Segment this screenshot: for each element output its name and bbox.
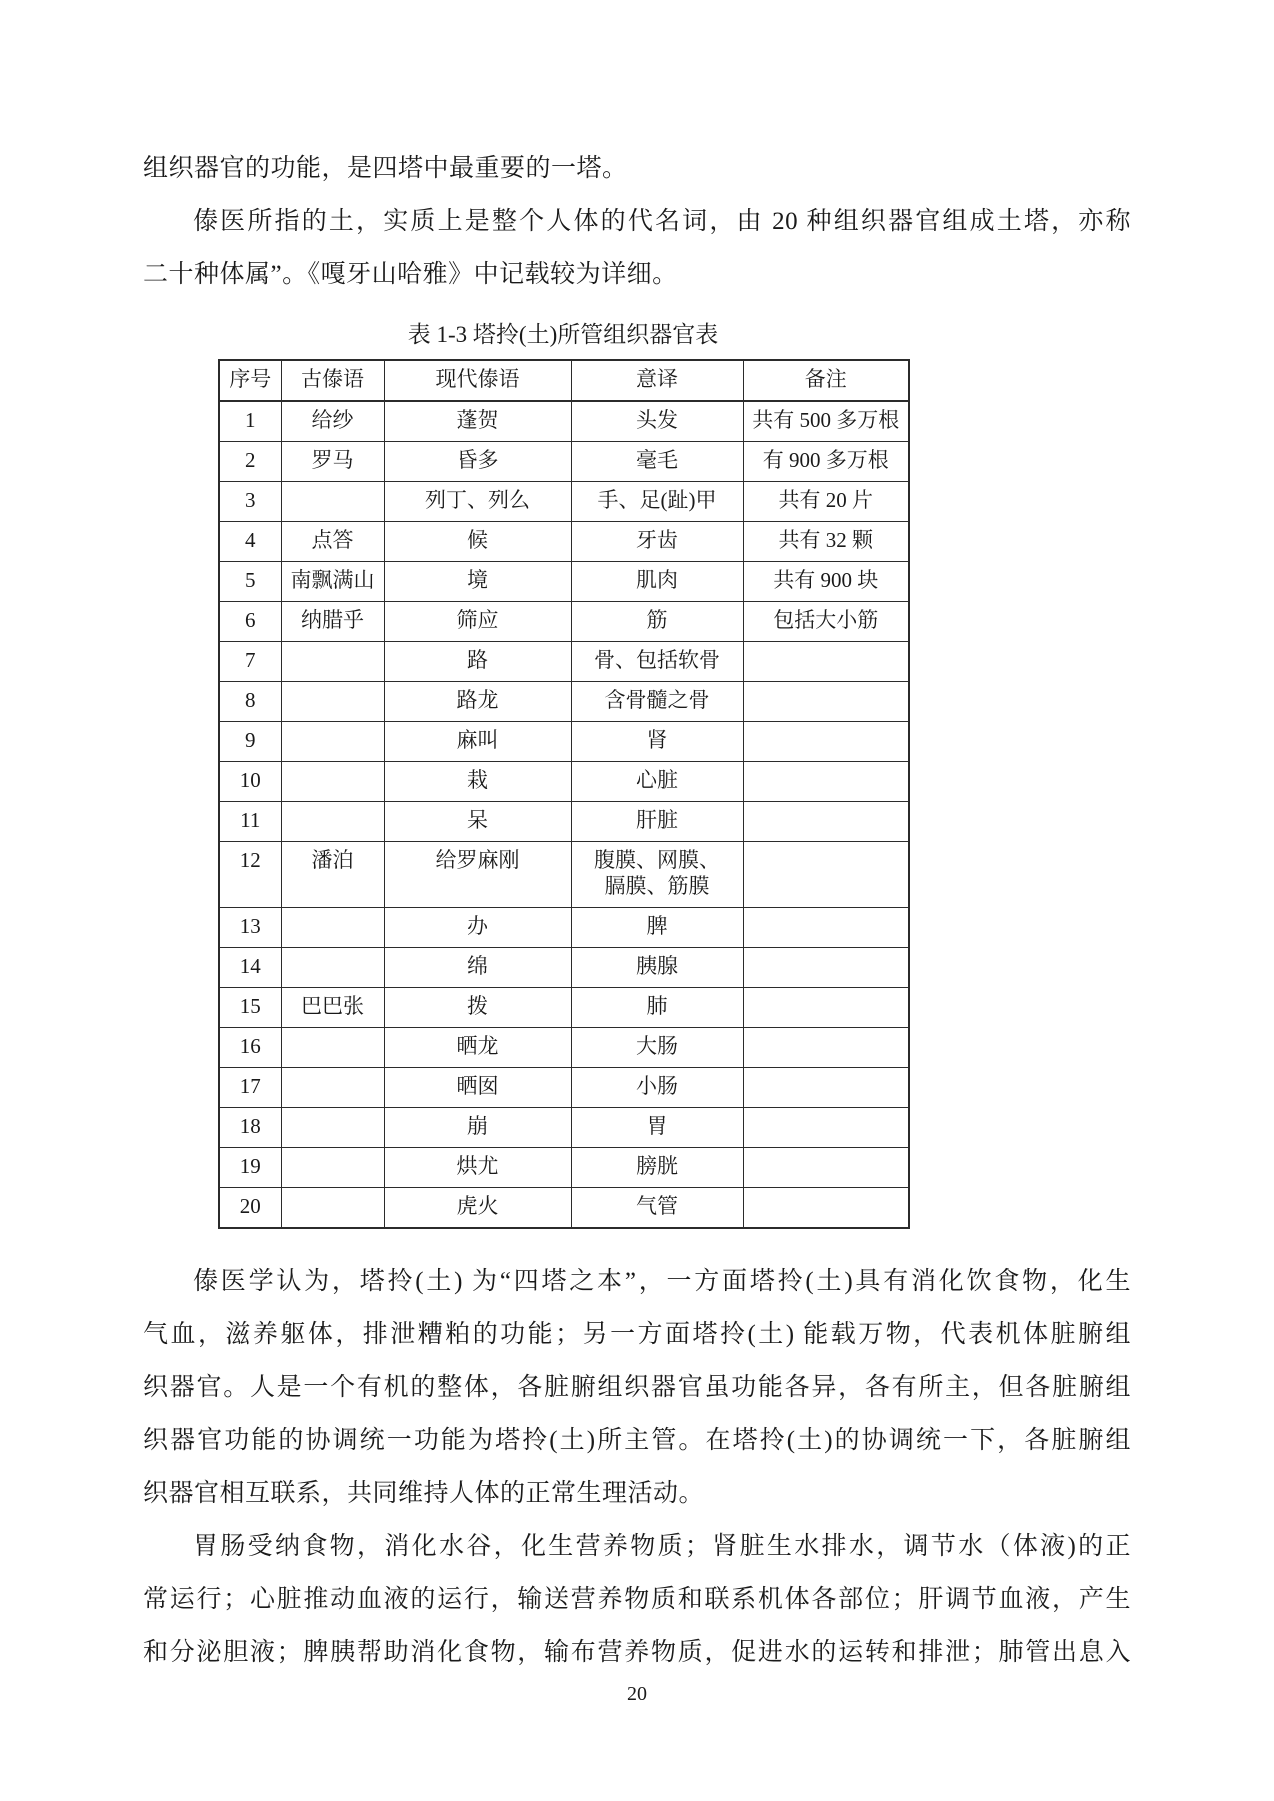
table-cell: 纳腊乎 bbox=[281, 602, 384, 642]
table-cell: 巴巴张 bbox=[281, 988, 384, 1028]
table-cell: 肺 bbox=[571, 988, 743, 1028]
table-cell: 2 bbox=[219, 442, 281, 482]
table-cell: 共有 500 多万根 bbox=[743, 401, 909, 442]
table-cell bbox=[281, 1068, 384, 1108]
table-cell: 大肠 bbox=[571, 1028, 743, 1068]
table-cell bbox=[281, 482, 384, 522]
table-cell: 头发 bbox=[571, 401, 743, 442]
table-cell bbox=[281, 802, 384, 842]
table-row: 13办脾 bbox=[219, 908, 909, 948]
table-cell: 昏多 bbox=[384, 442, 571, 482]
table-cell: 11 bbox=[219, 802, 281, 842]
table-cell bbox=[743, 1028, 909, 1068]
table-cell: 5 bbox=[219, 562, 281, 602]
table-cell bbox=[743, 1188, 909, 1229]
table-cell bbox=[281, 722, 384, 762]
table-row: 5南飘满山境肌肉共有 900 块 bbox=[219, 562, 909, 602]
table-cell: 筛应 bbox=[384, 602, 571, 642]
table-cell bbox=[281, 762, 384, 802]
table-cell: 8 bbox=[219, 682, 281, 722]
table-cell: 晒囡 bbox=[384, 1068, 571, 1108]
column-header: 古傣语 bbox=[281, 360, 384, 401]
table-cell: 气管 bbox=[571, 1188, 743, 1229]
table-row: 18崩胃 bbox=[219, 1108, 909, 1148]
table-cell: 候 bbox=[384, 522, 571, 562]
table-cell: 17 bbox=[219, 1068, 281, 1108]
table-row: 11呆肝脏 bbox=[219, 802, 909, 842]
table-row: 8路龙含骨髓之骨 bbox=[219, 682, 909, 722]
table-cell bbox=[743, 1148, 909, 1188]
table-cell: 点答 bbox=[281, 522, 384, 562]
table-title: 表 1-3 塔拎(土)所管组织器官表 bbox=[218, 315, 908, 359]
table-cell: 有 900 多万根 bbox=[743, 442, 909, 482]
table-cell: 蓬贺 bbox=[384, 401, 571, 442]
document-page: 组织器官的功能，是四塔中最重要的一塔。傣医所指的土，实质上是整个人体的代名词，由… bbox=[0, 0, 1274, 1801]
intro-paragraphs: 组织器官的功能，是四塔中最重要的一塔。傣医所指的土，实质上是整个人体的代名词，由… bbox=[143, 142, 1131, 301]
table-cell bbox=[743, 948, 909, 988]
table-row: 4点答候牙齿共有 32 颗 bbox=[219, 522, 909, 562]
table-cell: 毫毛 bbox=[571, 442, 743, 482]
text-line: 傣医学认为，塔拎(土) 为“四塔之本”，一方面塔拎(土)具有消化饮食物，化生 bbox=[143, 1255, 1131, 1308]
table-cell: 胰腺 bbox=[571, 948, 743, 988]
table-cell: 20 bbox=[219, 1188, 281, 1229]
text-line: 胃肠受纳食物，消化水谷，化生营养物质；肾脏生水排水，调节水（体液)的正 bbox=[143, 1520, 1131, 1573]
table-cell bbox=[281, 1188, 384, 1229]
table-cell: 晒龙 bbox=[384, 1028, 571, 1068]
table-cell: 崩 bbox=[384, 1108, 571, 1148]
table-cell: 3 bbox=[219, 482, 281, 522]
table-cell: 肾 bbox=[571, 722, 743, 762]
table-cell: 路龙 bbox=[384, 682, 571, 722]
table-cell bbox=[281, 1148, 384, 1188]
table-cell bbox=[281, 1108, 384, 1148]
table-cell: 腹膜、网膜、 膈膜、筋膜 bbox=[571, 842, 743, 908]
text-line: 常运行；心脏推动血液的运行，输送营养物质和联系机体各部位；肝调节血液，产生 bbox=[143, 1573, 1131, 1626]
table-cell: 共有 900 块 bbox=[743, 562, 909, 602]
table-cell: 19 bbox=[219, 1148, 281, 1188]
table-row: 12潘泊给罗麻刚腹膜、网膜、 膈膜、筋膜 bbox=[219, 842, 909, 908]
table-cell: 列丁、列么 bbox=[384, 482, 571, 522]
table-cell: 10 bbox=[219, 762, 281, 802]
column-header: 备注 bbox=[743, 360, 909, 401]
page-content: 组织器官的功能，是四塔中最重要的一塔。傣医所指的土，实质上是整个人体的代名词，由… bbox=[0, 0, 1274, 1707]
table-cell: 6 bbox=[219, 602, 281, 642]
table-cell: 9 bbox=[219, 722, 281, 762]
table-cell: 给罗麻刚 bbox=[384, 842, 571, 908]
table-cell bbox=[743, 642, 909, 682]
table-cell: 南飘满山 bbox=[281, 562, 384, 602]
table-cell: 4 bbox=[219, 522, 281, 562]
table-row: 17晒囡小肠 bbox=[219, 1068, 909, 1108]
text-line: 织器官。人是一个有机的整体，各脏腑组织器官虽功能各异，各有所主，但各脏腑组 bbox=[143, 1361, 1131, 1414]
table-row: 7路骨、包括软骨 bbox=[219, 642, 909, 682]
table-cell: 牙齿 bbox=[571, 522, 743, 562]
table-row: 9麻叫肾 bbox=[219, 722, 909, 762]
table-cell bbox=[281, 1028, 384, 1068]
table-cell: 脾 bbox=[571, 908, 743, 948]
table-cell: 拨 bbox=[384, 988, 571, 1028]
table-cell: 路 bbox=[384, 642, 571, 682]
table-cell: 18 bbox=[219, 1108, 281, 1148]
table-cell: 栽 bbox=[384, 762, 571, 802]
table-cell: 虎火 bbox=[384, 1188, 571, 1229]
table-cell: 14 bbox=[219, 948, 281, 988]
table-cell bbox=[743, 1108, 909, 1148]
table-cell: 小肠 bbox=[571, 1068, 743, 1108]
table-cell: 手、足(趾)甲 bbox=[571, 482, 743, 522]
table-cell bbox=[281, 948, 384, 988]
table-cell: 包括大小筋 bbox=[743, 602, 909, 642]
table-row: 1给纱蓬贺头发共有 500 多万根 bbox=[219, 401, 909, 442]
text-line: 和分泌胆液；脾胰帮助消化食物，输布营养物质，促进水的运转和排泄；肺管出息入 bbox=[143, 1626, 1131, 1679]
table-cell: 膀胱 bbox=[571, 1148, 743, 1188]
table-cell bbox=[743, 908, 909, 948]
table-cell: 肌肉 bbox=[571, 562, 743, 602]
table-cell: 筋 bbox=[571, 602, 743, 642]
table-cell: 共有 32 颗 bbox=[743, 522, 909, 562]
table-cell bbox=[743, 1068, 909, 1108]
table-cell: 1 bbox=[219, 401, 281, 442]
table-cell: 绵 bbox=[384, 948, 571, 988]
table-cell bbox=[281, 642, 384, 682]
table-cell bbox=[281, 682, 384, 722]
table-cell: 罗马 bbox=[281, 442, 384, 482]
table-cell bbox=[743, 722, 909, 762]
organs-table-header: 序号古傣语现代傣语意译备注 bbox=[219, 360, 909, 401]
table-cell: 胃 bbox=[571, 1108, 743, 1148]
table-cell bbox=[743, 988, 909, 1028]
column-header: 现代傣语 bbox=[384, 360, 571, 401]
table-cell bbox=[743, 842, 909, 908]
table-row: 10栽心脏 bbox=[219, 762, 909, 802]
table-cell bbox=[743, 682, 909, 722]
organs-table-body: 1给纱蓬贺头发共有 500 多万根2罗马昏多毫毛有 900 多万根3列丁、列么手… bbox=[219, 401, 909, 1228]
text-line: 织器官相互联系，共同维持人体的正常生理活动。 bbox=[143, 1467, 1131, 1520]
column-header: 意译 bbox=[571, 360, 743, 401]
table-cell: 呆 bbox=[384, 802, 571, 842]
table-row: 16晒龙大肠 bbox=[219, 1028, 909, 1068]
column-header: 序号 bbox=[219, 360, 281, 401]
text-line: 织器官功能的协调统一功能为塔拎(土)所主管。在塔拎(土)的协调统一下，各脏腑组 bbox=[143, 1414, 1131, 1467]
table-row: 6纳腊乎筛应筋包括大小筋 bbox=[219, 602, 909, 642]
table-cell: 13 bbox=[219, 908, 281, 948]
table-cell: 16 bbox=[219, 1028, 281, 1068]
table-cell bbox=[281, 908, 384, 948]
table-cell bbox=[743, 802, 909, 842]
table-row: 15巴巴张拨肺 bbox=[219, 988, 909, 1028]
table-cell: 15 bbox=[219, 988, 281, 1028]
page-number: 20 bbox=[143, 1681, 1131, 1707]
table-cell: 肝脏 bbox=[571, 802, 743, 842]
text-line: 二十种体属”。《嘎牙山哈雅》中记载较为详细。 bbox=[143, 248, 1131, 301]
organs-table: 序号古傣语现代傣语意译备注 1给纱蓬贺头发共有 500 多万根2罗马昏多毫毛有 … bbox=[218, 359, 910, 1229]
table-cell: 12 bbox=[219, 842, 281, 908]
table-row: 2罗马昏多毫毛有 900 多万根 bbox=[219, 442, 909, 482]
table-row: 3列丁、列么手、足(趾)甲共有 20 片 bbox=[219, 482, 909, 522]
table-cell: 烘尤 bbox=[384, 1148, 571, 1188]
text-line: 组织器官的功能，是四塔中最重要的一塔。 bbox=[143, 142, 1131, 195]
body-paragraphs: 傣医学认为，塔拎(土) 为“四塔之本”，一方面塔拎(土)具有消化饮食物，化生气血… bbox=[143, 1255, 1131, 1679]
text-line: 气血，滋养躯体，排泄糟粕的功能；另一方面塔拎(土) 能载万物，代表机体脏腑组 bbox=[143, 1308, 1131, 1361]
table-row: 19烘尤膀胱 bbox=[219, 1148, 909, 1188]
table-cell: 麻叫 bbox=[384, 722, 571, 762]
table-cell: 潘泊 bbox=[281, 842, 384, 908]
text-line: 傣医所指的土，实质上是整个人体的代名词，由 20 种组织器官组成土塔，亦称 bbox=[143, 195, 1131, 248]
table-cell: 给纱 bbox=[281, 401, 384, 442]
table-cell: 骨、包括软骨 bbox=[571, 642, 743, 682]
table-cell bbox=[743, 762, 909, 802]
table-cell: 心脏 bbox=[571, 762, 743, 802]
table-cell: 共有 20 片 bbox=[743, 482, 909, 522]
table-row: 14绵胰腺 bbox=[219, 948, 909, 988]
header-row: 序号古傣语现代傣语意译备注 bbox=[219, 360, 909, 401]
table-cell: 7 bbox=[219, 642, 281, 682]
table-cell: 含骨髓之骨 bbox=[571, 682, 743, 722]
table-cell: 办 bbox=[384, 908, 571, 948]
table-row: 20虎火气管 bbox=[219, 1188, 909, 1229]
table-cell: 境 bbox=[384, 562, 571, 602]
